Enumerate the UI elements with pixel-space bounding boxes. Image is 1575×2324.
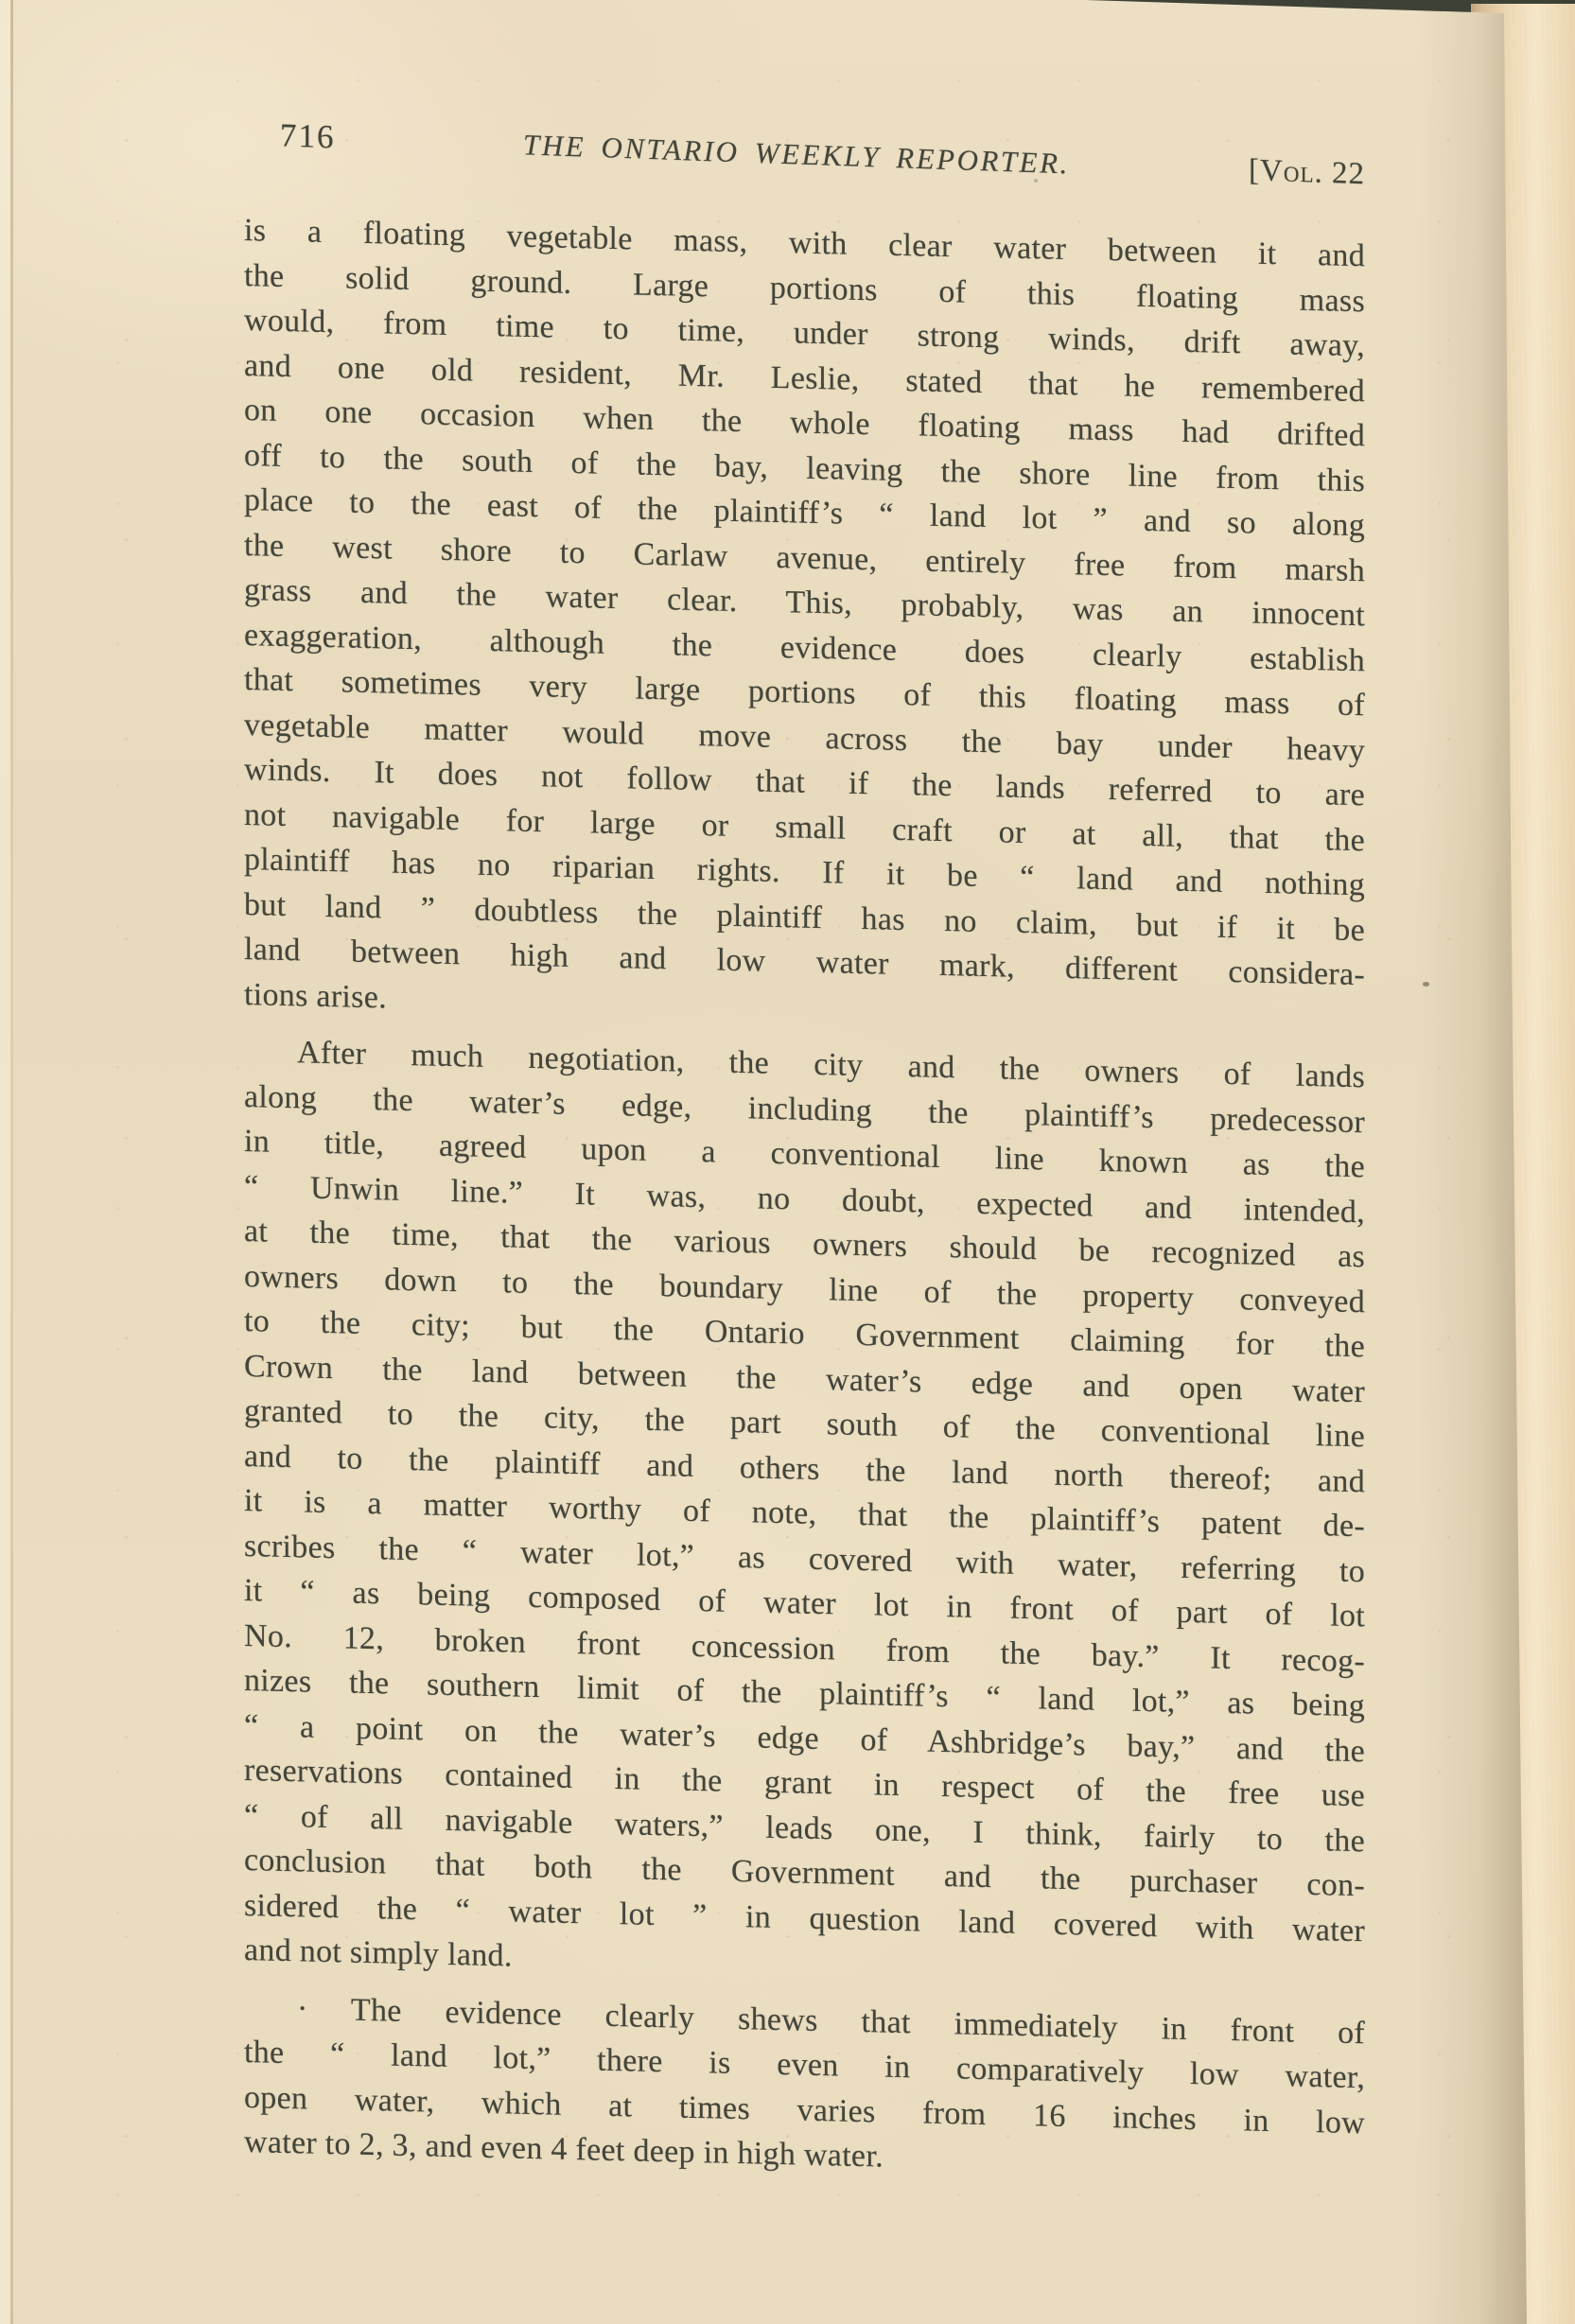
paper-speck [1423,982,1429,987]
scanned-page: 716 THE ONTARIO WEEKLY REPORTER. [Vol. 2… [0,0,1575,2324]
paragraph: · The evidence clearly shews that immedi… [244,1985,1365,2191]
volume-label: [Vol. 22 [1190,151,1365,192]
paragraph: is a floating vegetable mass, with clear… [244,208,1365,1042]
printed-content: 716 THE ONTARIO WEEKLY REPORTER. [Vol. 2… [244,115,1365,2165]
running-title: THE ONTARIO WEEKLY REPORTER. [403,124,1190,185]
paragraph: After much negotiation, the city and the… [244,1029,1365,1999]
page-header: 716 THE ONTARIO WEEKLY REPORTER. [Vol. 2… [244,115,1365,192]
text-block: is a floating vegetable mass, with clear… [244,208,1365,2191]
left-gutter-crease [10,0,13,2324]
left-margin-highlight [0,0,10,2324]
page-number: 716 [244,115,403,159]
